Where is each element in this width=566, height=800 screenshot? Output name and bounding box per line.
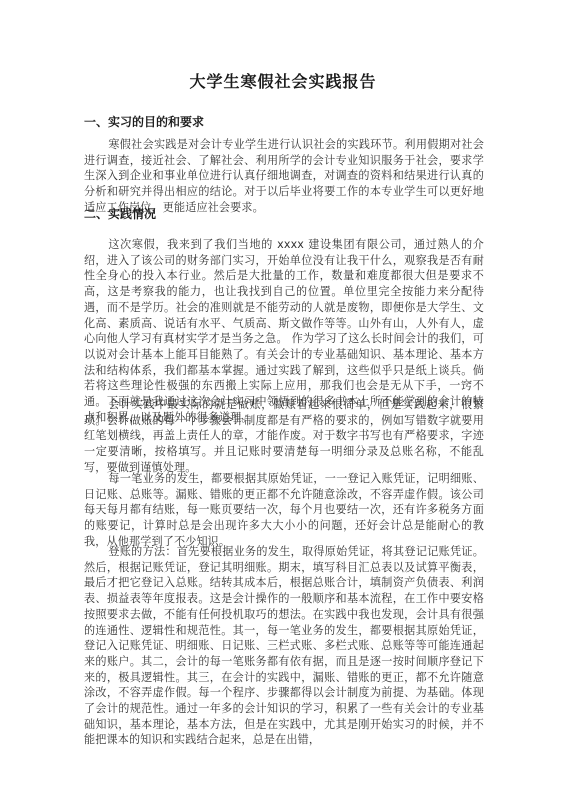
section-heading-purpose: 一、实习的目的和要求	[84, 114, 204, 130]
paragraph: 登账的方法：首先要根据业务的发生，取得原始凭证，将其登记记账凭证。然后，根据记账…	[84, 544, 484, 748]
document-title: 大学生寒假社会实践报告	[0, 72, 566, 92]
paragraph: 每一笔业务的发生，都要根据其原始凭证，一一登记入账凭证，记明细账、日记账、总账等…	[84, 471, 484, 550]
section-heading-practice: 二、实践情况	[84, 206, 156, 222]
paragraph: 寒假社会实践是对会计专业学生进行认识社会的实践环节。利用假期对社会进行调查，接近…	[84, 137, 484, 216]
paragraph: 会计实践中最实际的就是做账，做账看起来很简单，但是实践起来，很繁琐。会计做账的每…	[84, 397, 484, 476]
document-page: 大学生寒假社会实践报告 一、实习的目的和要求 寒假社会实践是对会计专业学生进行认…	[0, 0, 566, 800]
